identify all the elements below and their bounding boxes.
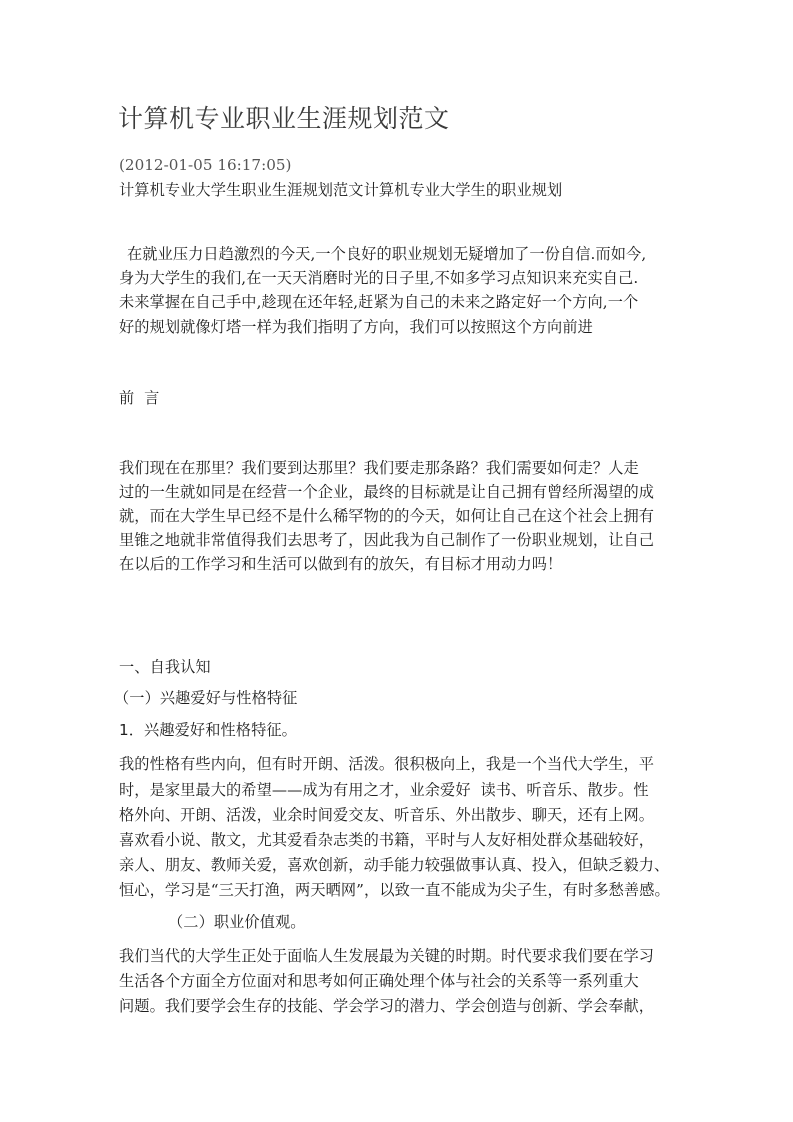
paragraph-line: 里锥之地就非常值得我们去思考了，因此我为自己制作了一份职业规划，让自己 [119, 530, 654, 550]
paragraph-line: 我的性格有些内向，但有时开朗、活泼。很积极向上，我是一个当代大学生，平 [119, 754, 654, 774]
paragraph-line: 问题。我们要学会生存的技能、学会学习的潜力、学会创造与创新、学会奉献， [119, 996, 654, 1016]
paragraph-line: 亲人、朋友、教师关爱，喜欢创新，动手能力较强做事认真、投入，但缺乏毅力、 [119, 855, 669, 875]
paragraph-line: 格外向、开朗、活泼，业余时间爱交友、听音乐、外出散步、聊天，还有上网。 [119, 805, 654, 825]
paragraph-line: 时，是家里最大的希望——成为有用之才，业余爱好 读书、听音乐、散步。性 [119, 780, 649, 800]
paragraph-line: 生活各个方面全方位面对和思考如何正确处理个体与社会的关系等一系列重大 [119, 971, 639, 991]
document-subtitle: 计算机专业大学生职业生涯规划范文计算机专业大学生的职业规划 [119, 180, 562, 200]
item-heading-interests: 1．兴趣爱好和性格特征。 [119, 720, 297, 740]
paragraph-line: 未来掌握在自己手中,趁现在还年轻,赶紧为自己的未来之路定好一个方向,一个 [119, 292, 638, 312]
paragraph-line: 我们当代的大学生正处于面临人生发展最为关键的时期。时代要求我们要在学习 [119, 946, 654, 966]
subsection-heading-interests: （一）兴趣爱好与性格特征 [114, 688, 297, 708]
document-page: 计算机专业职业生涯规划范文 (2012-01-05 16:17:05) 计算机专… [0, 0, 793, 1122]
document-title: 计算机专业职业生涯规划范文 [118, 103, 450, 135]
paragraph-line: 过的一生就如同是在经营一个企业，最终的目标就是让自己拥有曾经所渴望的成 [119, 482, 654, 502]
paragraph-line: 我们现在在那里？我们要到达那里？我们要走那条路？我们需要如何走？人走 [119, 458, 639, 478]
paragraph-line: 喜欢看小说、散文，尤其爱看杂志类的书籍，平时与人友好相处群众基础较好， [119, 830, 654, 850]
post-timestamp: (2012-01-05 16:17:05) [119, 155, 291, 175]
paragraph-line: 身为大学生的我们,在一天天消磨时光的日子里,不如多学习点知识来充实自己. [119, 268, 638, 288]
paragraph-line: 恒心，学习是“三天打渔，两天晒网”，以致一直不能成为尖子生，有时多愁善感。 [119, 880, 670, 900]
paragraph-line: 就，而在大学生早已经不是什么稀罕物的的今天，如何让自己在这个社会上拥有 [119, 506, 654, 526]
paragraph-line: 在就业压力日趋激烈的今天,一个良好的职业规划无疑增加了一份自信.而如今, [127, 244, 646, 264]
preface-heading: 前 言 [119, 388, 159, 408]
subsection-heading-values: （二）职业价值观。 [168, 912, 306, 932]
paragraph-line: 在以后的工作学习和生活可以做到有的放矢，有目标才用动力吗！ [119, 554, 562, 574]
paragraph-line: 好的规划就像灯塔一样为我们指明了方向，我们可以按照这个方向前进 [119, 317, 593, 337]
section-heading-self-awareness: 一、自我认知 [119, 657, 211, 677]
